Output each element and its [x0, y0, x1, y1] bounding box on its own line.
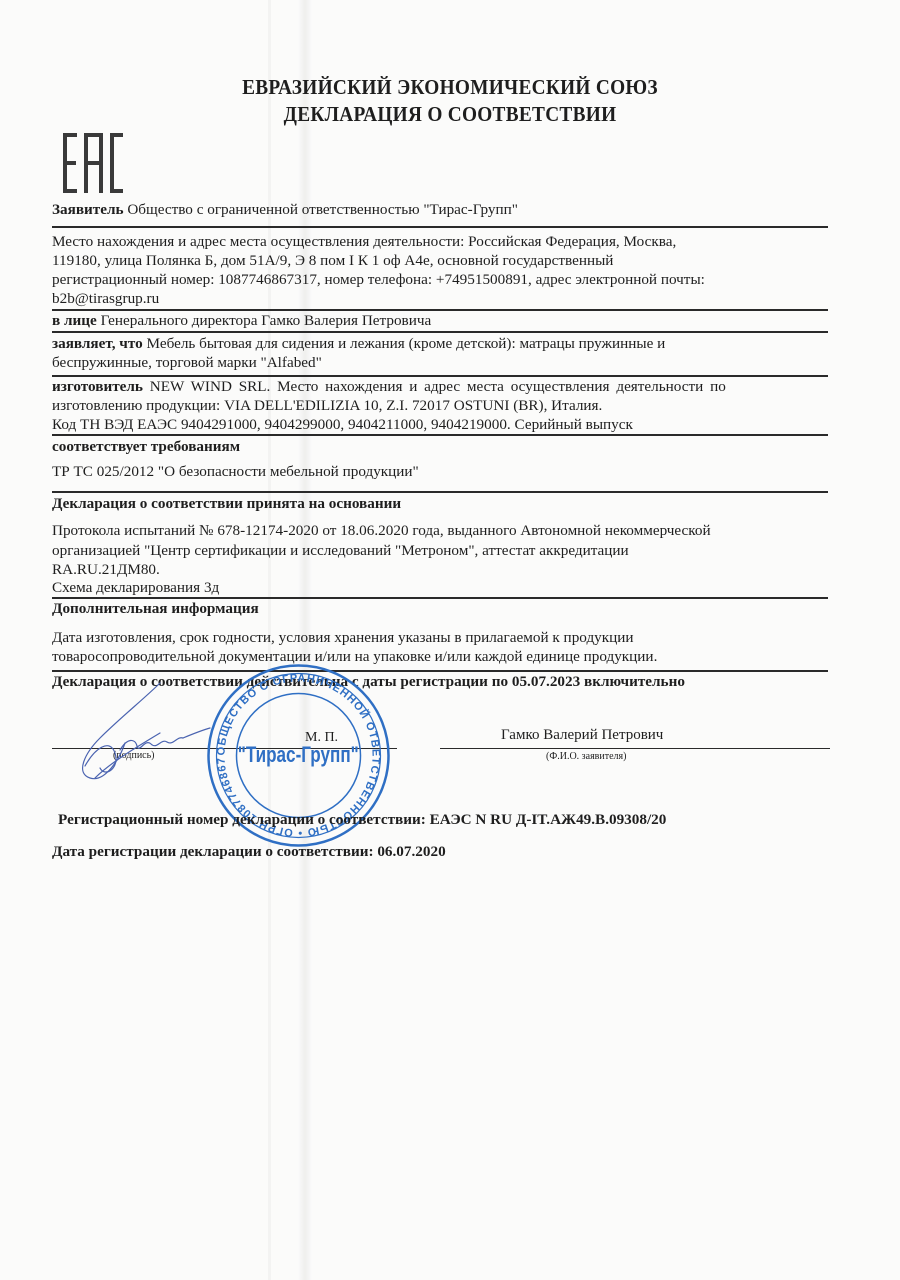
address-email: b2b@tirasgrup.ru [52, 289, 159, 309]
divider [52, 226, 828, 228]
manufacturer-address: изготовлению продукции: VIA DELL'EDILIZI… [52, 396, 602, 416]
declaration-scheme: Схема декларирования 3д [52, 578, 219, 598]
divider [52, 331, 828, 333]
manufacturer-value: NEW WIND SRL. Место нахождения и адрес м… [150, 378, 726, 395]
additional-line: Дата изготовления, срок годности, услови… [52, 628, 634, 648]
basis-line: Протокола испытаний № 678-12174-2020 от … [52, 521, 711, 541]
divider [52, 491, 828, 493]
handwritten-signature-icon [65, 678, 215, 788]
union-title: ЕВРАЗИЙСКИЙ ЭКОНОМИЧЕСКИЙ СОЮЗ [36, 75, 864, 100]
applicant-value: Общество с ограниченной ответственностью… [127, 201, 518, 218]
registration-date: 06.07.2020 [377, 843, 445, 860]
applicant-name: Гамко Валерий Петрович [501, 726, 663, 746]
manufacturer-row: изготовитель NEW WIND SRL. Место нахожде… [52, 377, 726, 397]
declaration-page: ЕВРАЗИЙСКИЙ ЭКОНОМИЧЕСКИЙ СОЮЗ ДЕКЛАРАЦИ… [0, 0, 900, 1280]
manufacturer-label: изготовитель [52, 378, 143, 395]
representative-value: Генерального директора Гамко Валерия Пет… [101, 312, 432, 329]
declares-product-cont: беспружинные, торговой марки "Alfabed" [52, 353, 322, 373]
document-title: ДЕКЛАРАЦИЯ О СООТВЕТСТВИИ [36, 102, 864, 127]
declares-product: Мебель бытовая для сидения и лежания (кр… [147, 335, 666, 352]
basis-line: организацией "Центр сертификации и иссле… [52, 541, 629, 561]
address-line: 119180, улица Полянка Б, дом 51А/9, Э 8 … [52, 251, 613, 271]
registration-date-row: Дата регистрации декларации о соответств… [52, 842, 446, 862]
divider [52, 434, 828, 436]
eac-logo-icon [63, 133, 125, 193]
declares-label: заявляет, что [52, 335, 143, 352]
requirements-label: соответствует требованиям [52, 437, 240, 457]
name-line [440, 748, 830, 749]
representative-row: в лице Генерального директора Гамко Вале… [52, 311, 431, 331]
registration-number-label: Регистрационный номер декларации о соотв… [58, 811, 426, 828]
additional-label: Дополнительная информация [52, 599, 259, 619]
hs-codes: Код ТН ВЭД ЕАЭС 9404291000, 9404299000, … [52, 415, 633, 435]
address-line: Место нахождения и адрес места осуществл… [52, 232, 676, 252]
basis-line: RA.RU.21ДМ80. [52, 560, 160, 580]
name-caption: (Ф.И.О. заявителя) [546, 751, 626, 762]
applicant-label: Заявитель [52, 201, 124, 218]
representative-label: в лице [52, 312, 97, 329]
address-line: регистрационный номер: 1087746867317, но… [52, 270, 705, 290]
registration-number-row: Регистрационный номер декларации о соотв… [58, 810, 666, 830]
declares-row: заявляет, что Мебель бытовая для сидения… [52, 334, 665, 354]
svg-text:"Тирас-Групп": "Тирас-Групп" [238, 743, 359, 768]
applicant-row: Заявитель Общество с ограниченной ответс… [52, 200, 518, 220]
requirements-value: ТР ТС 025/2012 "О безопасности мебельной… [52, 462, 419, 482]
registration-number: ЕАЭС N RU Д-IT.АЖ49.В.09308/20 [430, 811, 667, 828]
registration-date-label: Дата регистрации декларации о соответств… [52, 843, 374, 860]
basis-label: Декларация о соответствии принята на осн… [52, 494, 401, 514]
